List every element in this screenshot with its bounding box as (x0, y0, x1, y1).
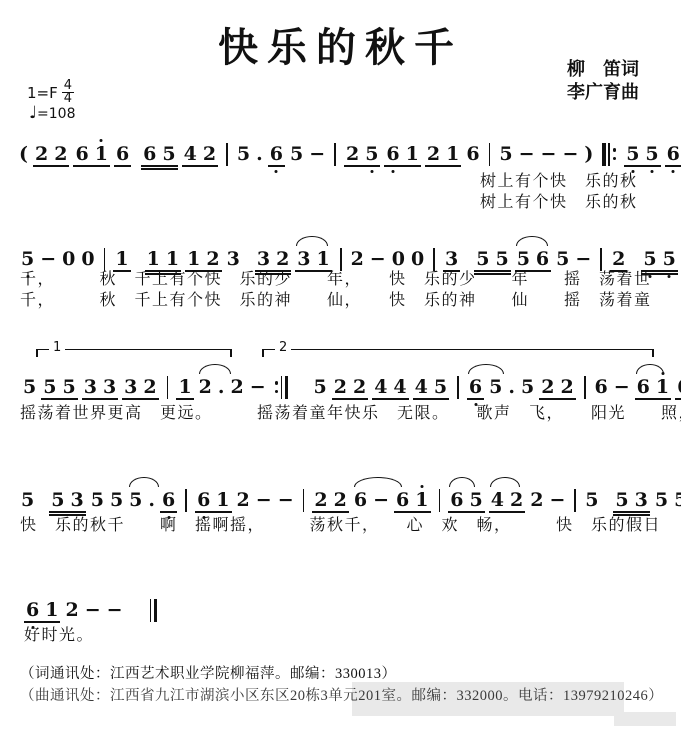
dash: − (516, 143, 538, 165)
note: 6 (447, 489, 466, 511)
beamed-note-group: 21 (423, 143, 463, 165)
beamed-note-group: 55 (39, 376, 79, 398)
beamed-note-group: 65 (673, 376, 681, 398)
dash: − (247, 376, 269, 398)
dash: − (538, 143, 560, 165)
composer-contact-line: （曲通讯处：江西省九江市湖滨小区东区20栋3单元201室。邮编：332000。电… (20, 684, 663, 705)
note: 6 (674, 376, 681, 398)
beamed-note-group: 25 (342, 143, 382, 165)
bar-stroke (285, 376, 289, 399)
slur-arc (516, 236, 548, 246)
bar-stroke (602, 143, 606, 166)
bar-stroke (154, 599, 158, 622)
lyric-line: 快 乐的秋千 啊 摇啊摇， 荡秋千， 心 欢 畅， 快 乐的假日 啊 (20, 512, 681, 535)
barline (185, 488, 187, 512)
dash: − (611, 376, 633, 398)
time-signature: 4 4 (62, 80, 74, 105)
dash: − (370, 489, 392, 511)
beamed-note-group: 6 (112, 143, 133, 165)
note: 2 (557, 376, 576, 398)
note: 4 (371, 376, 390, 398)
note: 2 (350, 376, 369, 398)
note: 5 (623, 143, 642, 165)
note: 2 (32, 143, 51, 165)
beamed-note-group: 22 (310, 489, 350, 511)
slur-arc (636, 364, 664, 374)
note: 2 (527, 489, 546, 511)
note: 2 (311, 489, 330, 511)
note: 6 (113, 143, 132, 165)
note: 5 (362, 143, 381, 165)
note: 3 (100, 376, 119, 398)
dash: − (275, 489, 297, 511)
note: 2 (228, 376, 247, 398)
note: 6 (72, 143, 91, 165)
beamed-note-group: 45 (411, 376, 451, 398)
bar-stroke (608, 143, 610, 166)
beamed-note-group: 55 (622, 143, 662, 165)
note: 5 (40, 376, 59, 398)
beamed-note-group: 6 (158, 489, 179, 511)
paren: ( (16, 143, 31, 165)
volta-number: 2 (275, 340, 291, 355)
beamed-note-group: 42 (180, 143, 220, 165)
note: 2 (424, 143, 443, 165)
note: 2 (343, 143, 362, 165)
beamed-note-group: 61 (663, 143, 681, 165)
barline (489, 142, 491, 166)
music-line: 553555.6612−−226−6165422−553555.6 (18, 487, 681, 513)
lyric-line: 千， 秋 千上有个快 乐的少 年， 快 乐的少 年 摇 荡着世 界， (20, 266, 681, 289)
volta-bracket: 2 (262, 349, 654, 358)
composer-credit: 李广育曲 (567, 81, 639, 104)
note: 4 (488, 489, 507, 511)
dot: . (253, 143, 266, 165)
beamed-note-group: 61 (22, 599, 62, 621)
note: 6 (466, 376, 485, 398)
volta-bracket: 1 (36, 349, 232, 358)
quarter-note-icon: ♩ (29, 103, 37, 123)
note: 1 (412, 489, 431, 511)
note: 5 (159, 143, 178, 165)
bar-stroke (439, 489, 441, 512)
bar-stroke (334, 143, 336, 166)
beamed-note-group: 44 (370, 376, 410, 398)
note: 1 (42, 599, 61, 621)
note: 1 (443, 143, 462, 165)
note: 5 (467, 489, 486, 511)
paren: ) (581, 143, 596, 165)
slur-arc (129, 477, 159, 487)
note: 2 (507, 489, 526, 511)
note: 2 (538, 376, 557, 398)
note: 6 (664, 143, 681, 165)
note: 5 (518, 376, 537, 398)
note: 6 (383, 143, 402, 165)
beamed-note-group: 61 (392, 489, 432, 511)
note: 1 (92, 143, 111, 165)
note: 2 (196, 376, 215, 398)
note: 6 (351, 489, 370, 511)
tempo-marking: ♩=108 (29, 103, 75, 123)
note: 5 (287, 143, 306, 165)
barline (574, 488, 576, 512)
music-line: 612−− (22, 597, 163, 623)
note: 1 (175, 376, 194, 398)
bar-stroke (226, 143, 228, 166)
barline (275, 375, 289, 399)
beamed-note-group: 42 (487, 489, 527, 511)
note: 1 (213, 489, 232, 511)
barline (303, 488, 305, 512)
note: 1 (403, 143, 422, 165)
note: 5 (671, 489, 681, 511)
note: 4 (390, 376, 409, 398)
beamed-note-group: 61 (633, 376, 673, 398)
credits-block: 柳 笛词 李广育曲 (567, 58, 639, 104)
beamed-note-group: 61 (193, 489, 233, 511)
dot: . (505, 376, 518, 398)
dash: − (253, 489, 275, 511)
dot: . (215, 376, 228, 398)
note: 5 (310, 376, 329, 398)
music-line: 555333212.2−522444565.5226−616542.2− (20, 374, 681, 400)
note: 5 (126, 489, 145, 511)
beamed-note-group: 22 (31, 143, 71, 165)
note: 3 (67, 489, 86, 511)
beamed-note-group: 6 (465, 376, 486, 398)
note: 3 (121, 376, 140, 398)
bar-stroke (457, 376, 459, 399)
barline (602, 142, 616, 166)
dash: − (559, 143, 581, 165)
barline (334, 142, 336, 166)
note: 6 (393, 489, 412, 511)
note: 5 (48, 489, 67, 511)
bar-stroke (303, 489, 305, 512)
note: 2 (51, 143, 70, 165)
note: 4 (412, 376, 431, 398)
dash: − (82, 599, 104, 621)
note: 6 (23, 599, 42, 621)
beamed-note-group: 32 (120, 376, 160, 398)
beamed-note-group: 65 (139, 143, 179, 165)
note: 5 (612, 489, 631, 511)
slur-arc (199, 364, 231, 374)
bar-stroke (150, 599, 152, 622)
note: 2 (331, 489, 350, 511)
beamed-note-group: 6 (266, 143, 287, 165)
barline (584, 375, 586, 399)
barline (150, 598, 158, 622)
note: 5 (59, 376, 78, 398)
note: 6 (194, 489, 213, 511)
beamed-note-group: 61 (382, 143, 422, 165)
note: 1 (653, 376, 672, 398)
barline (439, 488, 441, 512)
dash: − (306, 143, 328, 165)
note: 5 (582, 489, 601, 511)
note: 6 (634, 376, 653, 398)
note: 6 (140, 143, 159, 165)
barline (226, 142, 228, 166)
lyric-line: 千， 秋 千上有个快 乐的神 仙， 快 乐的神 仙 摇 荡着童 年， (20, 287, 681, 310)
note: 5 (20, 376, 39, 398)
slur-arc (296, 236, 328, 246)
note: 6 (267, 143, 286, 165)
bar-stroke (185, 489, 187, 512)
lyricist-credit: 柳 笛词 (567, 58, 639, 81)
repeat-dots (275, 381, 279, 393)
note: 5 (496, 143, 515, 165)
lyric-line: 树上有个快 乐的秋 (480, 189, 638, 212)
music-line: (2261665425.65−25612165−−−)556122165 (16, 141, 681, 167)
barline (457, 375, 459, 399)
beamed-note-group: 22 (537, 376, 577, 398)
note: 2 (62, 599, 81, 621)
dash: − (104, 599, 126, 621)
lyric-line: 摇荡着世界更高 更远。 摇荡着童年快乐 无限。 歌声 飞， 阳光 照， (20, 400, 681, 423)
note: 2 (200, 143, 219, 165)
key-signature: 1=F 4 4 (27, 80, 74, 105)
barline (167, 375, 169, 399)
lyric-line: 好时光。 (24, 622, 94, 645)
note: 2 (234, 489, 253, 511)
bar-stroke (584, 376, 586, 399)
repeat-dots (613, 148, 617, 160)
beamed-note-group: 61 (71, 143, 111, 165)
tempo-value: =108 (37, 106, 75, 122)
beamed-note-group: 53 (611, 489, 651, 511)
note: 5 (431, 376, 450, 398)
sheet-music-page: 快乐的秋千 柳 笛词 李广育曲 1=F 4 4 ♩=108 12 (226166… (0, 0, 681, 738)
beamed-note-group: 65 (446, 489, 486, 511)
volta-number: 1 (49, 340, 65, 355)
beamed-note-group: 22 (330, 376, 370, 398)
lyric-line: 树上有个快 乐的秋 (480, 168, 638, 191)
note: 5 (18, 489, 37, 511)
dot: . (145, 489, 158, 511)
note: 3 (81, 376, 100, 398)
note: 5 (486, 376, 505, 398)
note: 6 (463, 143, 482, 165)
slur-arc (354, 477, 402, 487)
bar-stroke (167, 376, 169, 399)
bar-stroke (489, 143, 491, 166)
beamed-note-group: 53 (47, 489, 87, 511)
key-label: 1=F (27, 84, 58, 102)
note: 3 (632, 489, 651, 511)
beamed-note-group: 1 (174, 376, 195, 398)
lyricist-contact-line: （词通讯处：江西艺术职业学院柳福萍。邮编：330013） (20, 662, 397, 683)
slur-arc (468, 364, 504, 374)
note: 5 (234, 143, 253, 165)
bar-stroke (281, 376, 283, 399)
slur-arc (449, 477, 475, 487)
dash: − (546, 489, 568, 511)
note: 5 (107, 489, 126, 511)
highlight-patch (614, 712, 676, 726)
bar-stroke (574, 489, 576, 512)
note: 2 (140, 376, 159, 398)
slur-arc (490, 477, 520, 487)
beamed-note-group: 33 (80, 376, 120, 398)
note: 6 (159, 489, 178, 511)
note: 5 (652, 489, 671, 511)
note: 2 (331, 376, 350, 398)
note: 6 (592, 376, 611, 398)
note: 5 (642, 143, 661, 165)
note: 4 (181, 143, 200, 165)
note: 5 (88, 489, 107, 511)
